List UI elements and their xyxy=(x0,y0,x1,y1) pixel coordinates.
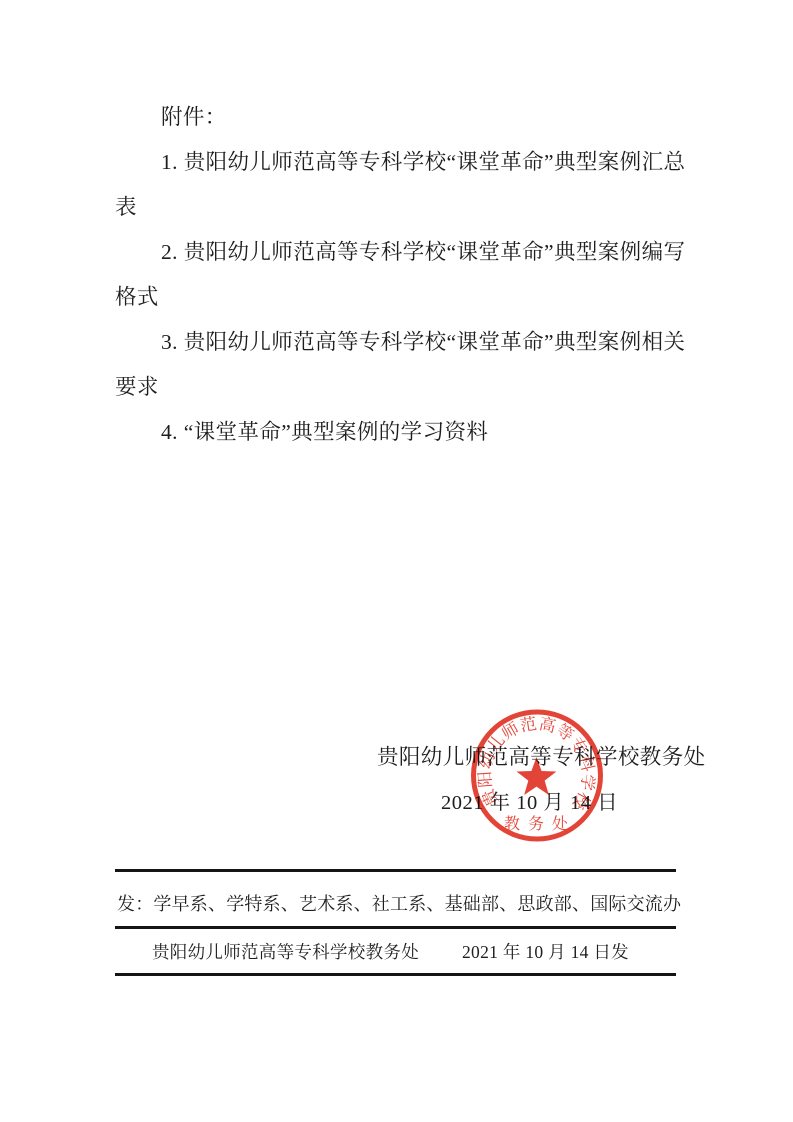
footer-issue-date: 2021 年 10 月 14 日发 xyxy=(462,941,629,963)
footer-divider-bottom xyxy=(115,973,676,976)
attachment-item-1-line-2: 表 xyxy=(115,185,690,230)
signature-issuer: 贵阳幼儿师范高等专科学校教务处 xyxy=(377,745,706,769)
official-seal: 贵阳幼儿师范高等专科学校 教 务 处 xyxy=(466,705,608,847)
footer-divider-top xyxy=(115,869,676,872)
signature-date: 2021 年 10 月 14 日 xyxy=(441,792,618,815)
attachment-item-4: 4. “课堂革命”典型案例的学习资料 xyxy=(115,410,690,455)
attachment-item-2-line-2: 格式 xyxy=(115,275,690,320)
attachment-item-2-line-1: 2. 贵阳幼儿师范高等专科学校“课堂革命”典型案例编写 xyxy=(115,230,690,275)
document-page: 附件： 1. 贵阳幼儿师范高等专科学校“课堂革命”典型案例汇总 表 2. 贵阳幼… xyxy=(0,0,793,1122)
seal-department-text: 教 务 处 xyxy=(504,815,570,833)
seal-ring xyxy=(474,712,601,839)
footer-issuing-office: 贵阳幼儿师范高等专科学校教务处 xyxy=(152,941,419,963)
attachment-item-1-line-1: 1. 贵阳幼儿师范高等专科学校“课堂革命”典型案例汇总 xyxy=(115,140,690,185)
attachment-item-3-line-1: 3. 贵阳幼儿师范高等专科学校“课堂革命”典型案例相关 xyxy=(115,320,690,365)
attachment-list: 附件： 1. 贵阳幼儿师范高等专科学校“课堂革命”典型案例汇总 表 2. 贵阳幼… xyxy=(115,95,690,455)
attachments-heading: 附件： xyxy=(115,95,690,140)
footer-divider-middle xyxy=(115,926,676,929)
attachment-item-3-line-2: 要求 xyxy=(115,365,690,410)
distribution-list: 发：学早系、学特系、艺术系、社工系、基础部、思政部、国际交流办 xyxy=(117,891,679,917)
